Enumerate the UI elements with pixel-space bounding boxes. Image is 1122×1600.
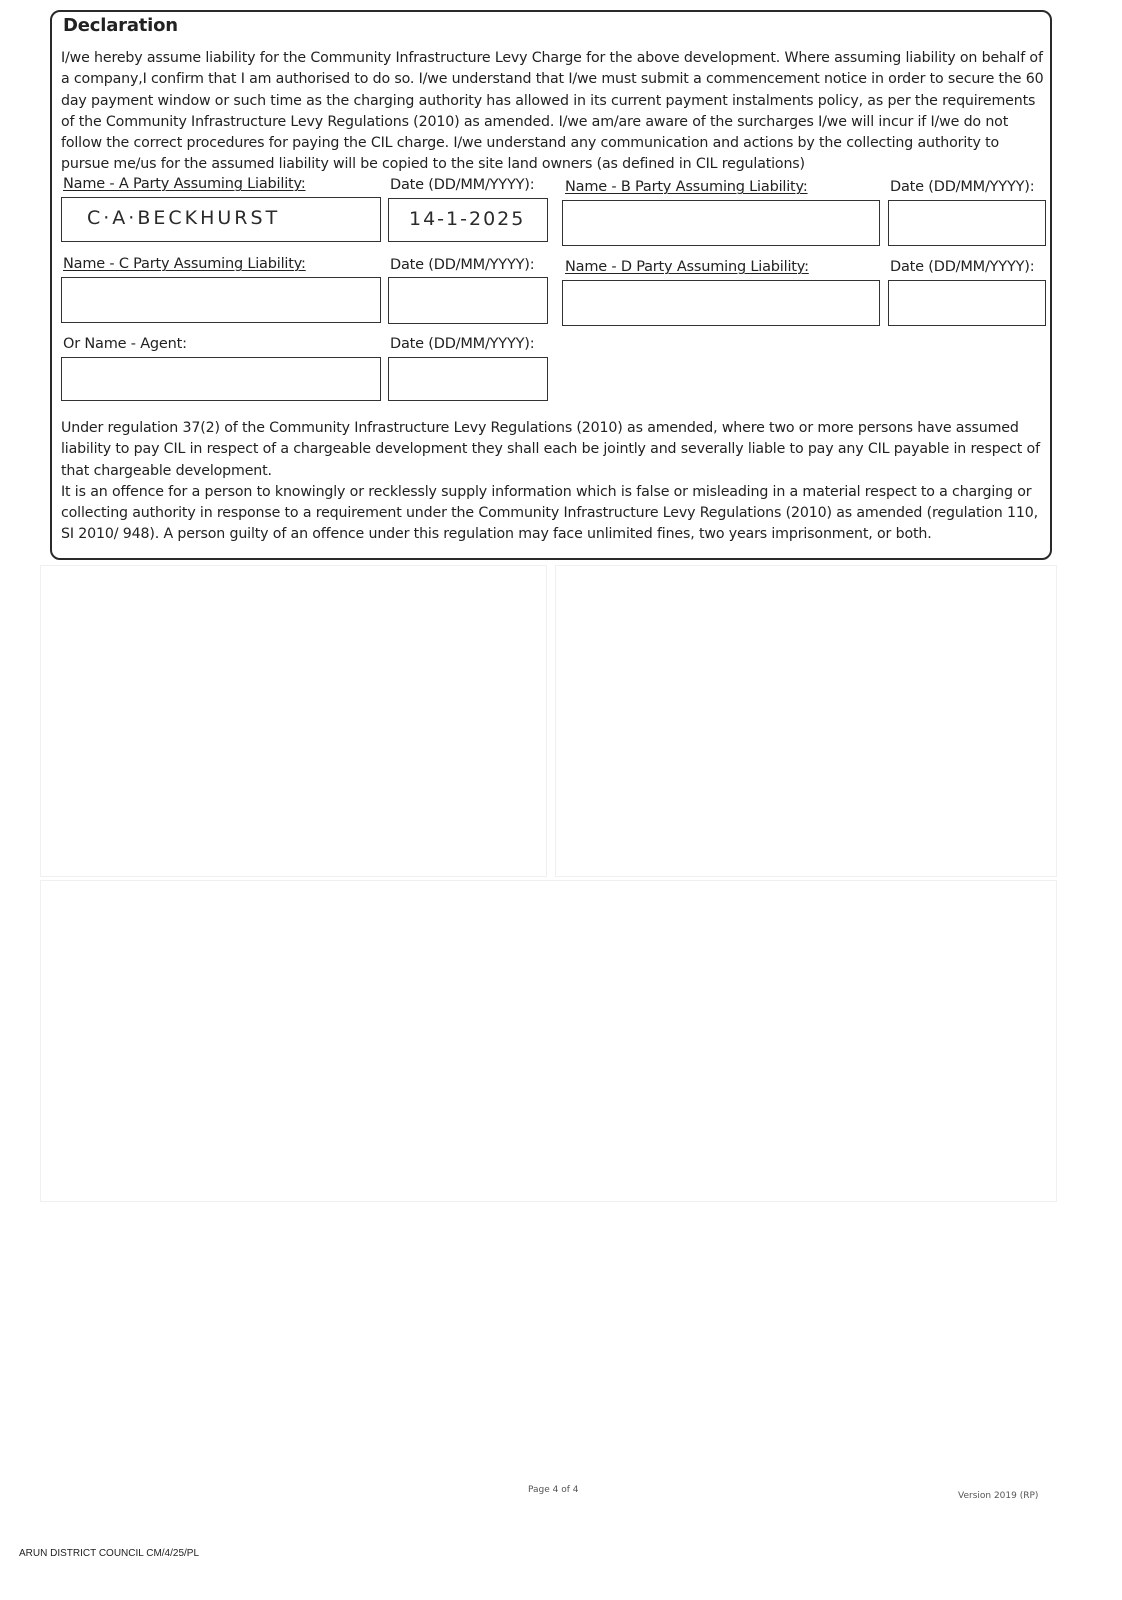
party-c-date-field[interactable] bbox=[388, 277, 548, 324]
joint-liability-paragraph: Under regulation 37(2) of the Community … bbox=[61, 418, 1051, 482]
bleed-through-panel-right bbox=[555, 565, 1057, 877]
agent-date-field[interactable] bbox=[388, 357, 548, 401]
declaration-title: Declaration bbox=[63, 15, 178, 36]
agent-name-label: Or Name - Agent: bbox=[63, 336, 187, 352]
party-b-name-label: Name - B Party Assuming Liability: bbox=[565, 179, 808, 195]
party-d-date-field[interactable] bbox=[888, 280, 1046, 326]
bleed-through-panel-left bbox=[40, 565, 547, 877]
regulations-text: Under regulation 37(2) of the Community … bbox=[61, 418, 1051, 546]
version-label: Version 2019 (RP) bbox=[958, 1491, 1038, 1501]
offence-paragraph: It is an offence for a person to knowing… bbox=[61, 482, 1051, 546]
page-number: Page 4 of 4 bbox=[528, 1485, 579, 1495]
party-d-name-label: Name - D Party Assuming Liability: bbox=[565, 259, 809, 275]
party-a-name-label: Name - A Party Assuming Liability: bbox=[63, 176, 306, 192]
party-d-date-label: Date (DD/MM/YYYY): bbox=[890, 259, 1034, 275]
agent-name-field[interactable] bbox=[61, 357, 381, 401]
party-b-name-field[interactable] bbox=[562, 200, 880, 246]
bleed-through-panel-bottom bbox=[40, 880, 1057, 1202]
agent-date-label: Date (DD/MM/YYYY): bbox=[390, 336, 534, 352]
party-b-date-label: Date (DD/MM/YYYY): bbox=[890, 179, 1034, 195]
party-a-date-field[interactable]: 14-1-2025 bbox=[388, 198, 548, 242]
party-a-name-field[interactable]: C·A·BECKHURST bbox=[61, 197, 381, 242]
party-d-name-field[interactable] bbox=[562, 280, 880, 326]
party-a-name-value: C·A·BECKHURST bbox=[87, 207, 280, 229]
council-reference: ARUN DISTRICT COUNCIL CM/4/25/PL bbox=[19, 1548, 199, 1559]
party-c-date-label: Date (DD/MM/YYYY): bbox=[390, 257, 534, 273]
declaration-body: I/we hereby assume liability for the Com… bbox=[61, 48, 1046, 176]
party-a-date-label: Date (DD/MM/YYYY): bbox=[390, 177, 534, 193]
party-c-name-label: Name - C Party Assuming Liability: bbox=[63, 256, 306, 272]
party-c-name-field[interactable] bbox=[61, 277, 381, 323]
declaration-section: Declaration I/we hereby assume liability… bbox=[50, 10, 1052, 560]
party-b-date-field[interactable] bbox=[888, 200, 1046, 246]
party-a-date-value: 14-1-2025 bbox=[409, 208, 525, 230]
